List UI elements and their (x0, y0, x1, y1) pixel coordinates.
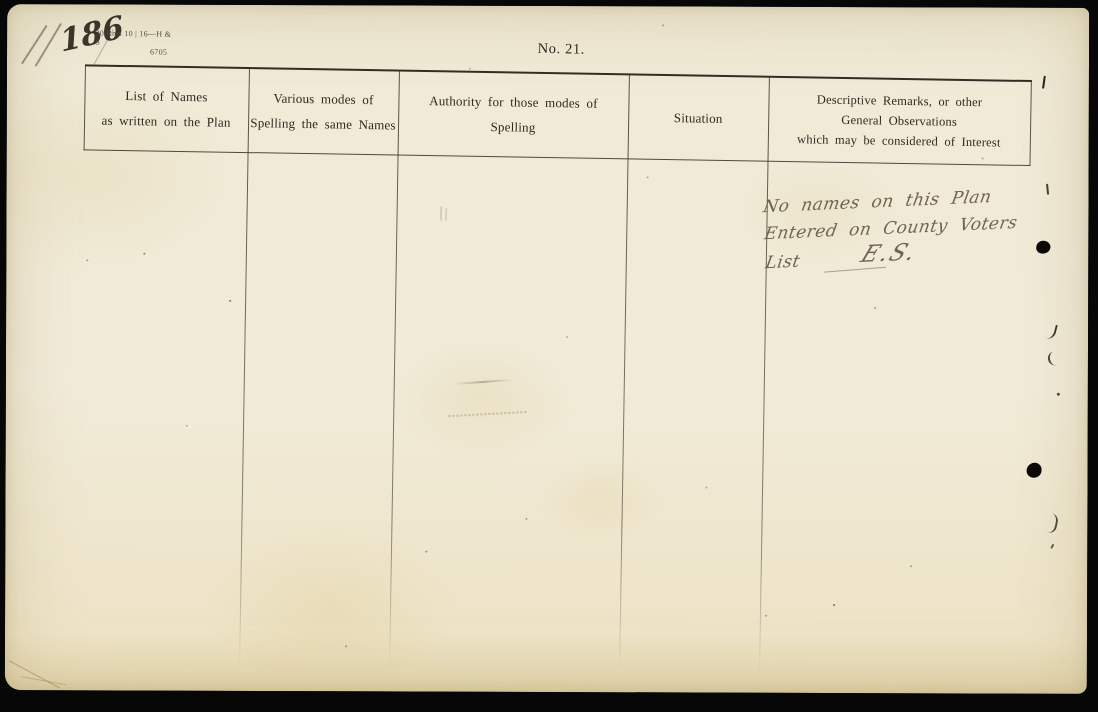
header-line: Descriptive Remarks, or other (817, 92, 983, 110)
column-header-names: List of Names as written on the Plan (84, 65, 249, 153)
document-page: 186 30 Rms 10 | 16—H & S 6705 No. 21. (5, 4, 1089, 694)
handwritten-note-line-text: List (764, 252, 802, 274)
ink-speck (1057, 393, 1060, 396)
header-line: Spelling (490, 119, 535, 136)
table-column-divider (239, 153, 248, 665)
printer-imprint-line1: 30 Rms 10 | 16—H & S (95, 29, 171, 48)
ink-blot (1027, 463, 1042, 478)
column-header-situation: Situation (628, 74, 769, 161)
header-line: which may be considered of Interest (797, 132, 1001, 150)
header-line: Authority for those modes of (429, 93, 598, 112)
pencil-smudge (440, 206, 441, 220)
column-header-spellings: Various modes of Spelling the same Names (248, 68, 399, 155)
form-number: No. 21. (501, 40, 621, 59)
scan-background: 186 30 Rms 10 | 16—H & S 6705 No. 21. (0, 0, 1098, 712)
printer-imprint: 30 Rms 10 | 16—H & S 6705 (95, 29, 171, 57)
printed-form: 186 30 Rms 10 | 16—H & S 6705 No. 21. (5, 4, 1089, 694)
printer-imprint-line2: 6705 (95, 47, 171, 57)
pencil-smudge (448, 407, 526, 417)
pencil-smudge (454, 379, 512, 385)
header-line: Situation (674, 110, 723, 127)
handwritten-note: No names on this Plan Entered on County … (763, 182, 1046, 278)
header-line: as written on the Plan (101, 113, 230, 131)
header-line: General Observations (841, 113, 957, 130)
header-line: Various modes of (273, 90, 373, 108)
column-header-authority: Authority for those modes of Spelling (398, 71, 629, 160)
pencil-slash (21, 25, 47, 64)
pencil-smudge (445, 208, 446, 220)
column-header-remarks: Descriptive Remarks, or other General Ob… (767, 77, 1030, 166)
handwritten-initials: E.S. (857, 239, 923, 269)
header-line: Spelling the same Names (250, 115, 396, 133)
header-line: List of Names (125, 88, 208, 105)
pencil-slash (35, 23, 62, 67)
table-column-divider (619, 159, 628, 671)
table-column-divider (389, 156, 398, 668)
